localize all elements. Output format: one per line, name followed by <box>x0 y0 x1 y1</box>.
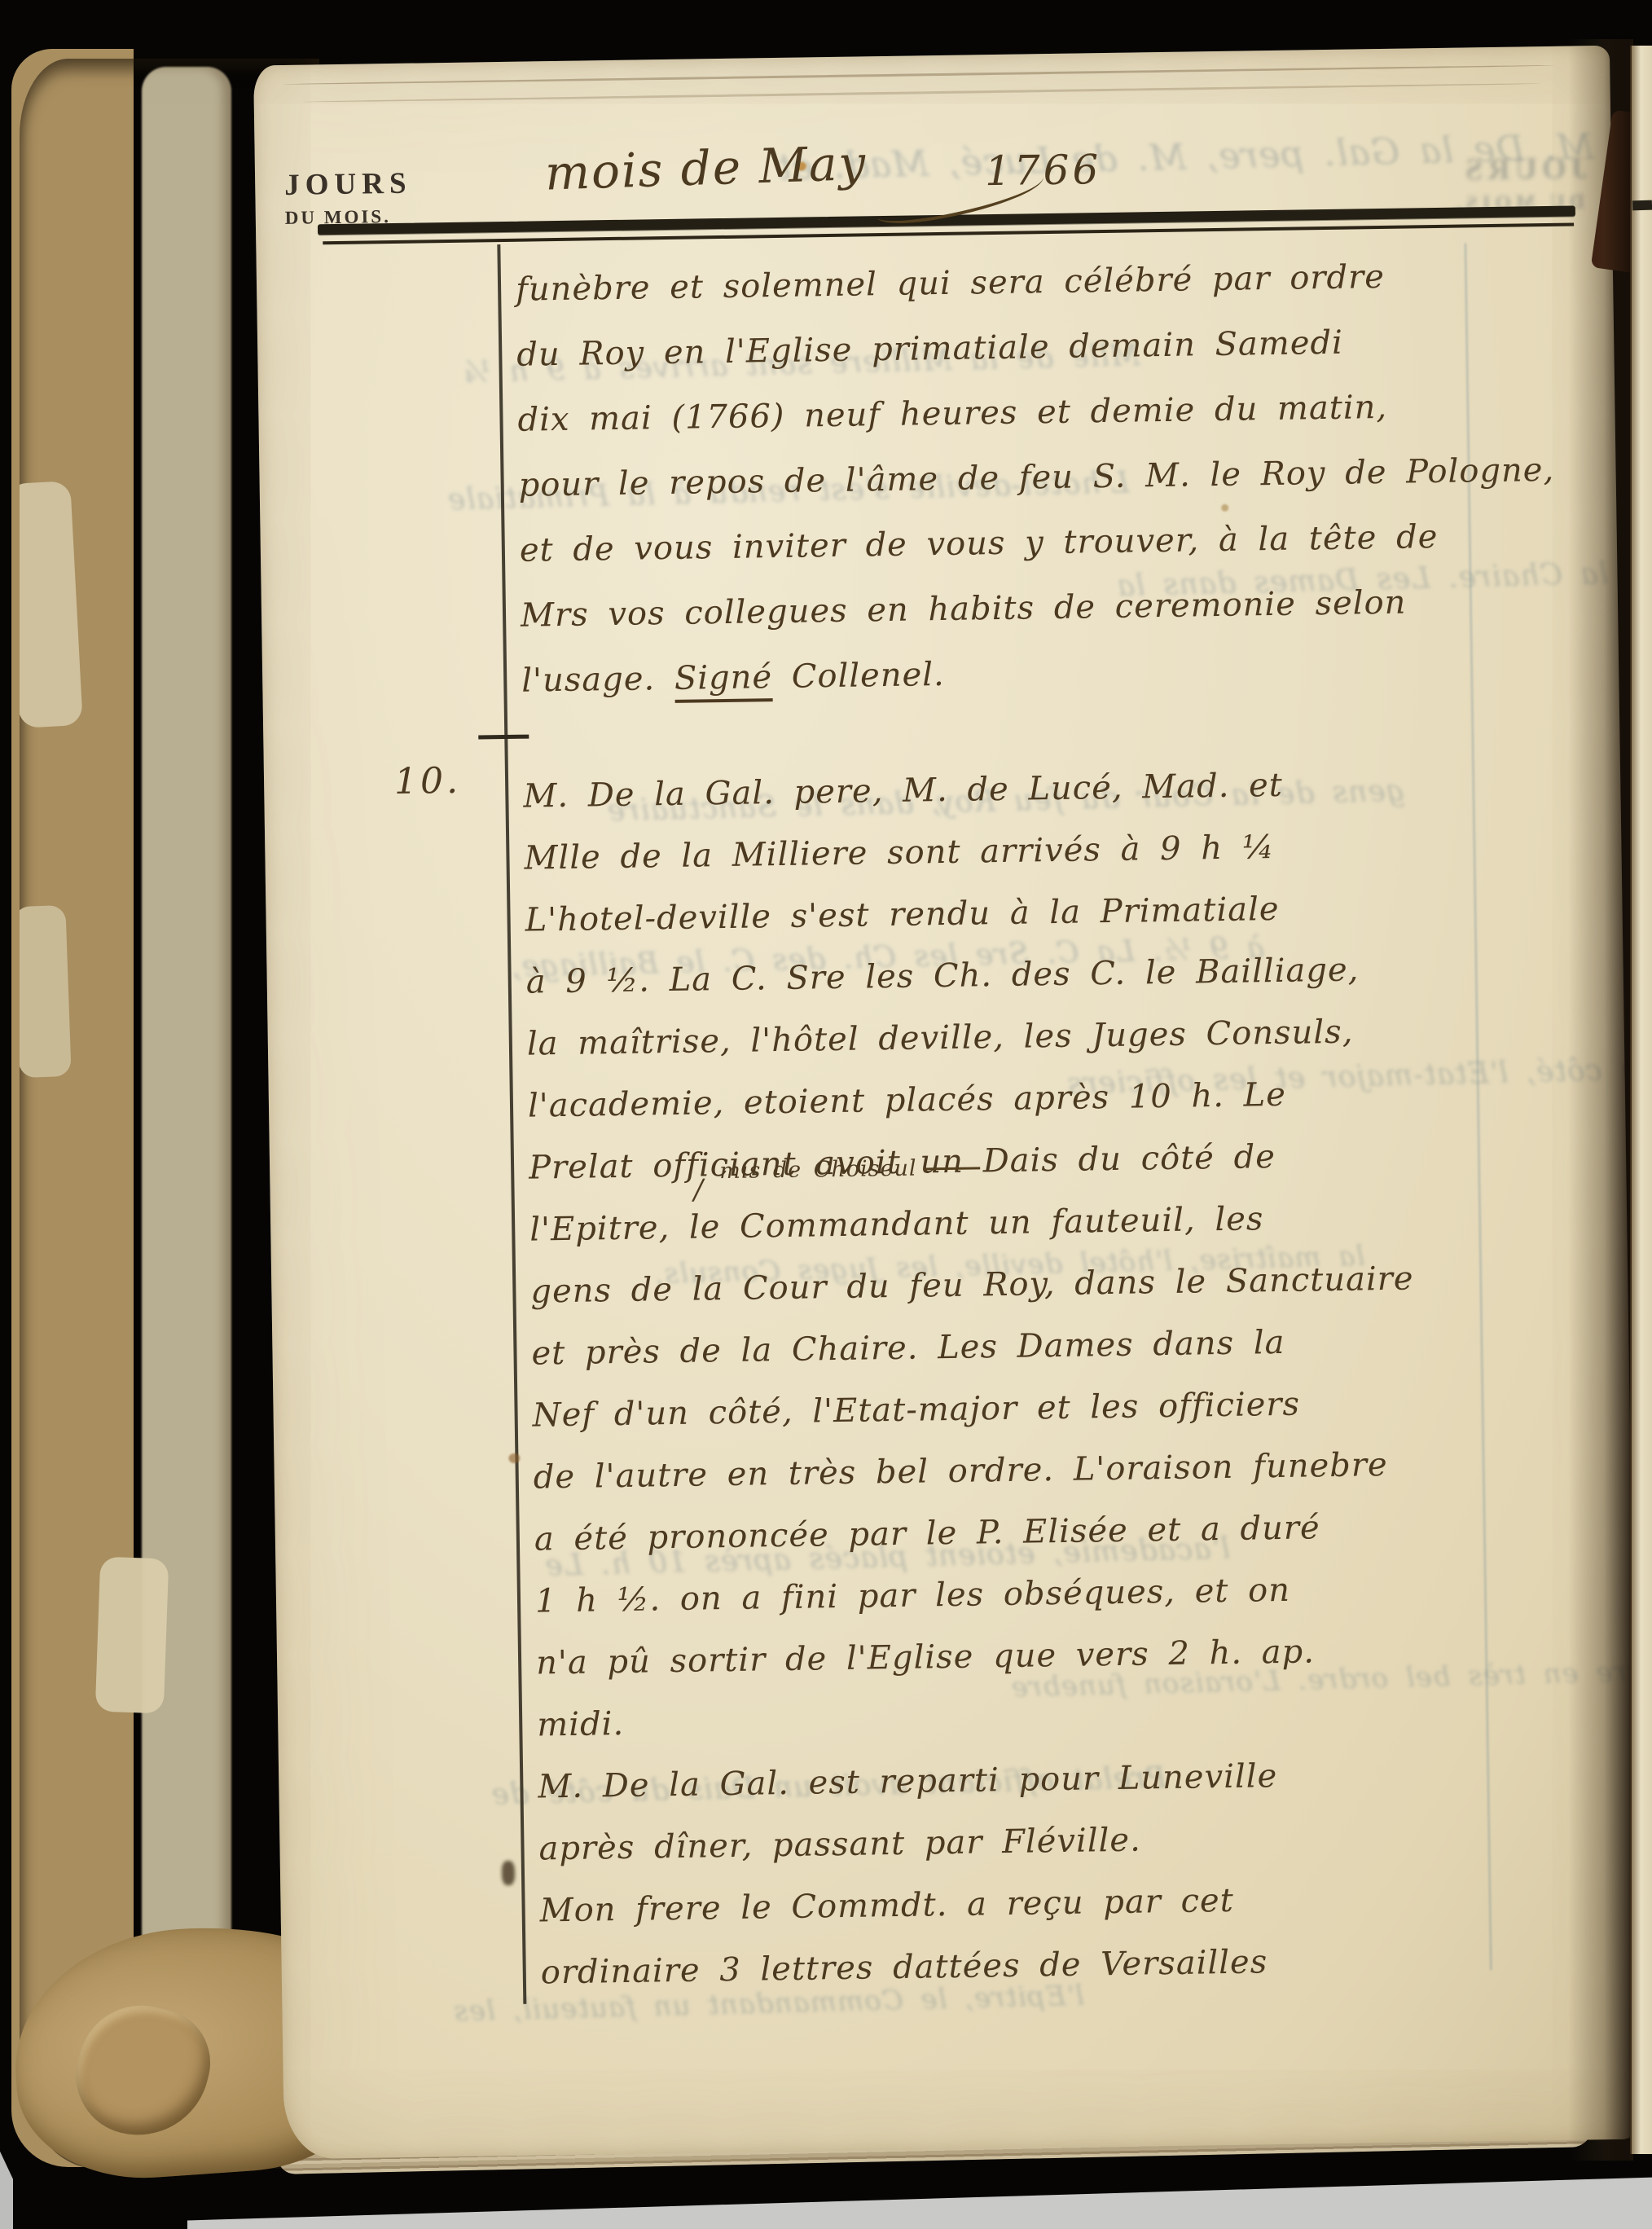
printed-column-header: JOURS DU MOIS. <box>284 166 412 229</box>
manuscript-line: n'a pû sortir de l'Eglise que vers 2 h. … <box>536 1619 1420 1694</box>
signature-post: Collenel. <box>772 656 945 696</box>
signature-line: l'usage. Signé Collenel. <box>521 642 946 714</box>
margin-day-number: 10. <box>394 760 462 802</box>
entry-text-block-day10: M. De la Gal. pere, M. de Lucé, Mad. etM… <box>523 753 1425 2004</box>
facing-page-rule <box>1632 200 1652 211</box>
manuscript-line: ordinaire 3 lettres dattées de Versaille… <box>540 1928 1424 2003</box>
page-edge-tab <box>20 481 83 728</box>
interlinear-note: mis de Choiseul <box>719 1154 981 1184</box>
page-edge-tab <box>20 905 72 1078</box>
insertion-caret: / <box>693 1173 703 1206</box>
page-edge-highlight <box>142 67 231 2152</box>
handwritten-year: 1766 <box>985 146 1102 195</box>
entry-separator-tick <box>478 735 529 740</box>
signature-word-underlined: Signé <box>674 658 773 703</box>
printed-jours-label: JOURS <box>284 166 412 203</box>
scanned-book-photo: M. De la Gal. pere, M. de Lucé, Mad. etM… <box>0 0 1652 2229</box>
manuscript-line: l'academie, etoient placés après 10 h. L… <box>527 1062 1411 1137</box>
entry-text-block-continuation: funèbre et solemnel qui sera célébré par… <box>516 242 1558 648</box>
handwritten-month-title: mois de May <box>544 135 868 201</box>
facing-page-sliver <box>1630 46 1652 2154</box>
showthrough-printed-header: JOURS <box>1461 150 1587 187</box>
manuscript-page: M. De la Gal. pere, M. de Lucé, Mad. etM… <box>253 46 1641 2159</box>
scanner-bed-sliver <box>0 2118 13 2229</box>
manuscript-line: M. De la Gal. pere, M. de Lucé, Mad. et <box>523 753 1407 828</box>
ink-smudge <box>502 1861 515 1885</box>
signature-pre: l'usage. <box>521 660 674 700</box>
